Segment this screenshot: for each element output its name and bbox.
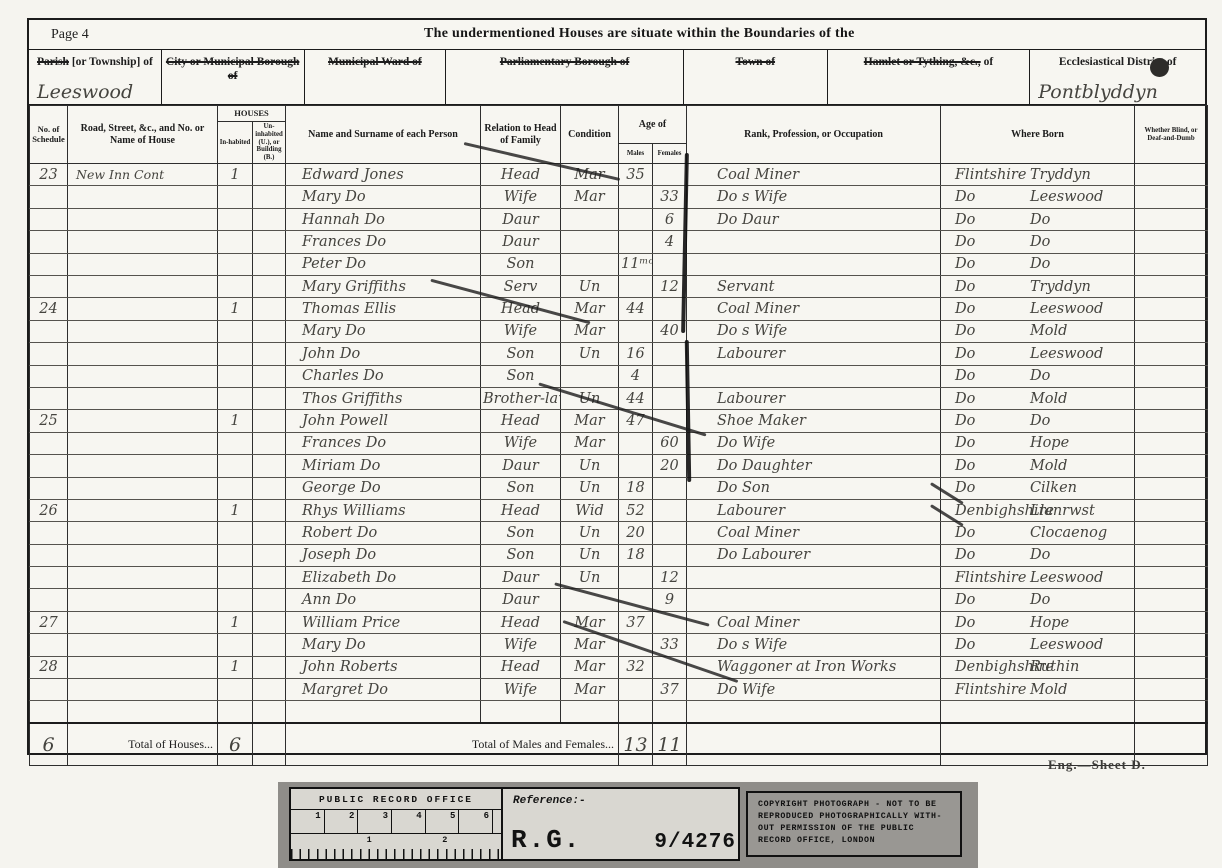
cell-condition [561, 231, 619, 253]
table-row: Frances DoWifeMar60Do WifeDoHope [30, 432, 1208, 454]
cell-age-male: 18 [619, 544, 653, 566]
cell-relation: Son [481, 544, 561, 566]
municipal-ward-box: Municipal Ward of [305, 50, 447, 104]
cell-infirmity [1135, 387, 1208, 409]
cell-age-female: 33 [653, 186, 687, 208]
cell-uninhabited [253, 522, 286, 544]
col-males: Males [619, 144, 653, 164]
cell-age-male: 20 [619, 522, 653, 544]
table-row: Joseph DoSonUn18Do LabourerDoDo [30, 544, 1208, 566]
cell-address [68, 679, 218, 701]
cell-condition [561, 365, 619, 387]
cell-relation: Brother-law [481, 387, 561, 409]
table-row: Elizabeth DoDaurUn12FlintshireLeeswood [30, 567, 1208, 589]
cell-born: DenbighshireLlanrwst [941, 499, 1135, 521]
cell-uninhabited [253, 432, 286, 454]
cell-inhabited [218, 477, 253, 499]
cell-name: Miriam Do [286, 455, 481, 477]
cell-infirmity [1135, 298, 1208, 320]
col-road: Road, Street, &c., and No. or Name of Ho… [68, 106, 218, 164]
cell-infirmity [1135, 679, 1208, 701]
table-row: George DoSonUn18Do SonDoCilken [30, 477, 1208, 499]
cell-condition: Un [561, 544, 619, 566]
cell-uninhabited [253, 634, 286, 656]
cell-schedule [30, 186, 68, 208]
cell-address [68, 231, 218, 253]
cell-address [68, 701, 218, 723]
parish-box: Parish [or Township] of Leeswood [29, 50, 162, 104]
total-males: 13 [619, 723, 653, 765]
cell-age-male [619, 567, 653, 589]
cell-infirmity [1135, 589, 1208, 611]
pro-reference-section: Reference:- R.G. 9/4276 [503, 789, 738, 859]
cell-name: Joseph Do [286, 544, 481, 566]
cell-schedule [30, 343, 68, 365]
cell-uninhabited [253, 477, 286, 499]
cell-infirmity [1135, 455, 1208, 477]
cell-schedule [30, 253, 68, 275]
cell-condition: Mar [561, 656, 619, 678]
cell-relation: Wife [481, 186, 561, 208]
cell-schedule: 26 [30, 499, 68, 521]
cell-occupation: Labourer [687, 343, 941, 365]
cell-condition [561, 208, 619, 230]
cell-age-female [653, 544, 687, 566]
cell-occupation [687, 589, 941, 611]
cell-inhabited [218, 432, 253, 454]
cell-born: DoHope [941, 432, 1135, 454]
cell-relation: Son [481, 477, 561, 499]
cell-inhabited [218, 544, 253, 566]
cell-schedule [30, 589, 68, 611]
cell-age-male [619, 679, 653, 701]
cell-relation: Wife [481, 679, 561, 701]
ecclesiastical-district-label: Ecclesiastical District of [1030, 55, 1205, 69]
total-schedules: 6 [30, 723, 68, 765]
cell-relation: Head [481, 298, 561, 320]
cell-age-female [653, 701, 687, 723]
cell-schedule: 23 [30, 164, 68, 186]
cell-age-female: 60 [653, 432, 687, 454]
cell-relation: Daur [481, 208, 561, 230]
cell-name: Frances Do [286, 231, 481, 253]
table-row: Margret DoWifeMar37Do WifeFlintshireMold [30, 679, 1208, 701]
ecclesiastical-district-value: Pontblyddyn [1038, 81, 1158, 103]
cell-age-female [653, 343, 687, 365]
cell-address [68, 432, 218, 454]
table-row: Hannah DoDaur6Do DaurDoDo [30, 208, 1208, 230]
cell-infirmity [1135, 522, 1208, 544]
cell-age-female [653, 365, 687, 387]
cell-uninhabited [253, 544, 286, 566]
cell-inhabited: 1 [218, 298, 253, 320]
cell-born: DenbighshireRuthin [941, 656, 1135, 678]
cell-relation: Son [481, 253, 561, 275]
cell-uninhabited [253, 499, 286, 521]
cell-address [68, 455, 218, 477]
ink-blot [1150, 58, 1169, 77]
town-label: Town of [684, 55, 827, 69]
cell-address [68, 522, 218, 544]
cell-uninhabited [253, 164, 286, 186]
cell-relation: Head [481, 656, 561, 678]
cell-inhabited [218, 231, 253, 253]
table-row: Mary DoWifeMar40Do s WifeDoMold [30, 320, 1208, 342]
cell-occupation: Do s Wife [687, 320, 941, 342]
banner-row: Page 4 The undermentioned Houses are sit… [29, 20, 1205, 50]
cell-inhabited [218, 276, 253, 298]
table-row: Mary GriffithsServUn12ServantDoTryddyn [30, 276, 1208, 298]
reference-number: R.G. 9/4276 [511, 825, 736, 855]
cell-age-male [619, 455, 653, 477]
cell-born: DoHope [941, 611, 1135, 633]
cell-born: FlintshireTryddyn [941, 164, 1135, 186]
col-inhabited: In-habited [218, 122, 253, 164]
cell-schedule [30, 208, 68, 230]
cell-name: John Roberts [286, 656, 481, 678]
cell-schedule [30, 679, 68, 701]
cell-age-male [619, 276, 653, 298]
cell-occupation: Coal Miner [687, 298, 941, 320]
cell-born: DoLeeswood [941, 298, 1135, 320]
cell-inhabited [218, 522, 253, 544]
table-row: Charles DoSon4DoDo [30, 365, 1208, 387]
cell-occupation [687, 253, 941, 275]
ecclesiastical-district-box: Ecclesiastical District of Pontblyddyn [1030, 50, 1205, 104]
cell-address [68, 253, 218, 275]
cell-age-female [653, 499, 687, 521]
cell-relation [481, 701, 561, 723]
municipal-borough-box: City or Municipal Borough of [162, 50, 305, 104]
cell-schedule [30, 522, 68, 544]
rg-series: R.G. [511, 825, 581, 855]
cell-name: Edward Jones [286, 164, 481, 186]
table-row: John DoSonUn16LabourerDoLeeswood [30, 343, 1208, 365]
cell-inhabited [218, 455, 253, 477]
page-number: Page 4 [51, 27, 89, 43]
cell-name: Mary Do [286, 186, 481, 208]
cell-born: DoDo [941, 365, 1135, 387]
cell-schedule [30, 477, 68, 499]
copyright-notice: COPYRIGHT PHOTOGRAPH - NOT TO BE REPRODU… [746, 791, 962, 857]
cell-age-male: 32 [619, 656, 653, 678]
pro-office-title: PUBLIC RECORD OFFICE [291, 789, 501, 809]
cell-age-male: 35 [619, 164, 653, 186]
pro-office-section: PUBLIC RECORD OFFICE 1 2 3 4 5 6 1 2 [291, 789, 503, 859]
col-uninhabited: Un-inhabited (U.), or Building (B.) [253, 122, 286, 164]
cell-address [68, 656, 218, 678]
cell-uninhabited [253, 253, 286, 275]
cell-schedule [30, 455, 68, 477]
cell-inhabited [218, 634, 253, 656]
cell-inhabited [218, 701, 253, 723]
municipal-borough-label: City or Municipal Borough of [162, 55, 304, 84]
cell-relation: Daur [481, 567, 561, 589]
cell-occupation: Do s Wife [687, 634, 941, 656]
cell-name: Hannah Do [286, 208, 481, 230]
parliamentary-borough-box: Parliamentary Borough of [446, 50, 684, 104]
table-header: No. of Schedule Road, Street, &c., and N… [30, 106, 1208, 164]
cell-name: Charles Do [286, 365, 481, 387]
cell-address [68, 410, 218, 432]
cell-address [68, 343, 218, 365]
col-infirmity: Whether Blind, or Deaf-and-Dumb [1135, 106, 1208, 164]
cell-age-female: 9 [653, 589, 687, 611]
cell-born: DoDo [941, 231, 1135, 253]
cell-address: New Inn Cont [68, 164, 218, 186]
cell-name: George Do [286, 477, 481, 499]
cell-relation: Head [481, 499, 561, 521]
cell-uninhabited [253, 701, 286, 723]
total-houses-value: 6 [218, 723, 253, 765]
cell-schedule [30, 544, 68, 566]
census-sheet-scan: Page 4 The undermentioned Houses are sit… [0, 0, 1222, 868]
table-row: Mary DoWifeMar33Do s WifeDoLeeswood [30, 634, 1208, 656]
cell-relation: Head [481, 611, 561, 633]
cell-name: William Price [286, 611, 481, 633]
cell-infirmity [1135, 231, 1208, 253]
cell-born: DoDo [941, 589, 1135, 611]
cell-inhabited [218, 365, 253, 387]
parliamentary-borough-label: Parliamentary Borough of [446, 55, 683, 69]
cell-schedule: 28 [30, 656, 68, 678]
cell-born: DoDo [941, 544, 1135, 566]
cell-condition: Un [561, 343, 619, 365]
cell-infirmity [1135, 208, 1208, 230]
cell-name: Mary Do [286, 320, 481, 342]
cell-age-male [619, 320, 653, 342]
cell-condition: Mar [561, 410, 619, 432]
cell-address [68, 477, 218, 499]
cell-schedule [30, 701, 68, 723]
table-row [30, 701, 1208, 723]
cell-infirmity [1135, 701, 1208, 723]
ruler-cm-scale: 1 2 3 4 5 6 [291, 809, 501, 833]
cell-age-male: 16 [619, 343, 653, 365]
cell-name: John Do [286, 343, 481, 365]
cell-uninhabited [253, 365, 286, 387]
table-row: 281John RobertsHeadMar32Waggoner at Iron… [30, 656, 1208, 678]
cell-age-female [653, 656, 687, 678]
cell-uninhabited [253, 186, 286, 208]
cell-age-female: 37 [653, 679, 687, 701]
cell-age-female: 20 [653, 455, 687, 477]
cell-infirmity [1135, 499, 1208, 521]
rg-piece-number: 9/4276 [654, 831, 736, 854]
cell-inhabited [218, 679, 253, 701]
cell-schedule [30, 320, 68, 342]
cell-occupation [687, 231, 941, 253]
cell-address [68, 499, 218, 521]
cell-schedule: 25 [30, 410, 68, 432]
cell-uninhabited [253, 320, 286, 342]
cell-schedule: 24 [30, 298, 68, 320]
cell-relation: Head [481, 164, 561, 186]
cell-born: DoClocaenog [941, 522, 1135, 544]
cell-schedule [30, 634, 68, 656]
cell-relation: Wife [481, 634, 561, 656]
cell-infirmity [1135, 365, 1208, 387]
totals-row: 6 Total of Houses... 6 Total of Males an… [30, 723, 1208, 765]
cell-condition: Mar [561, 186, 619, 208]
cell-occupation: Do Wife [687, 432, 941, 454]
cell-relation: Son [481, 343, 561, 365]
cell-address [68, 387, 218, 409]
cell-relation: Son [481, 522, 561, 544]
cell-address [68, 320, 218, 342]
cell-relation: Son [481, 365, 561, 387]
cell-name: Elizabeth Do [286, 567, 481, 589]
cell-age-female [653, 387, 687, 409]
col-rank: Rank, Profession, or Occupation [687, 106, 941, 164]
cell-address [68, 208, 218, 230]
cell-relation: Daur [481, 455, 561, 477]
cell-age-male [619, 231, 653, 253]
cell-name: Thos Griffiths [286, 387, 481, 409]
col-schedule: No. of Schedule [30, 106, 68, 164]
table-row: 271William PriceHeadMar37Coal MinerDoHop… [30, 611, 1208, 633]
cell-schedule [30, 567, 68, 589]
cell-occupation: Do Son [687, 477, 941, 499]
total-males-females-label: Total of Males and Females... [286, 723, 619, 765]
cell-occupation: Do Daur [687, 208, 941, 230]
cell-relation: Daur [481, 231, 561, 253]
cell-infirmity [1135, 656, 1208, 678]
cell-condition [561, 253, 619, 275]
cell-schedule [30, 387, 68, 409]
parish-label: Parish [or Township] of [29, 55, 161, 69]
cell-infirmity [1135, 634, 1208, 656]
cell-name: Robert Do [286, 522, 481, 544]
cell-address [68, 186, 218, 208]
cell-uninhabited [253, 567, 286, 589]
cell-inhabited: 1 [218, 164, 253, 186]
col-name: Name and Surname of each Person [286, 106, 481, 164]
cell-inhabited [218, 253, 253, 275]
cell-occupation: Coal Miner [687, 522, 941, 544]
table-row: Frances DoDaur4DoDo [30, 231, 1208, 253]
census-table: No. of Schedule Road, Street, &c., and N… [29, 105, 1208, 766]
col-age: Age of [619, 106, 687, 144]
cell-infirmity [1135, 432, 1208, 454]
cell-born: DoDo [941, 208, 1135, 230]
cell-name: John Powell [286, 410, 481, 432]
pro-stamp-strip: PUBLIC RECORD OFFICE 1 2 3 4 5 6 1 2 Ref… [278, 782, 978, 868]
cell-relation: Head [481, 410, 561, 432]
cell-uninhabited [253, 231, 286, 253]
cell-age-male [619, 701, 653, 723]
cell-age-male [619, 432, 653, 454]
cell-address [68, 634, 218, 656]
pro-stamp-box: PUBLIC RECORD OFFICE 1 2 3 4 5 6 1 2 Ref… [289, 787, 740, 861]
cell-uninhabited [253, 298, 286, 320]
cell-inhabited: 1 [218, 499, 253, 521]
table-row: 261Rhys WilliamsHeadWid52LabourerDenbigh… [30, 499, 1208, 521]
cell-relation: Wife [481, 320, 561, 342]
cell-born: DoMold [941, 387, 1135, 409]
cell-relation: Daur [481, 589, 561, 611]
cell-age-male: 37 [619, 611, 653, 633]
ruler-inch-scale: 1 2 [291, 833, 501, 859]
cell-born: DoMold [941, 455, 1135, 477]
cell-schedule [30, 365, 68, 387]
cell-uninhabited [253, 276, 286, 298]
cell-name: Frances Do [286, 432, 481, 454]
cell-occupation: Do s Wife [687, 186, 941, 208]
cell-age-female: 12 [653, 567, 687, 589]
cell-age-male: 44 [619, 298, 653, 320]
total-females: 11 [653, 723, 687, 765]
cell-age-female: 4 [653, 231, 687, 253]
cell-schedule [30, 231, 68, 253]
cell-condition: Mar [561, 679, 619, 701]
cell-name: Peter Do [286, 253, 481, 275]
cell-born: FlintshireMold [941, 679, 1135, 701]
cell-occupation: Coal Miner [687, 611, 941, 633]
cell-occupation [687, 567, 941, 589]
col-houses: HOUSES [218, 106, 286, 122]
cell-age-male: 11ᵐᵒ [619, 253, 653, 275]
cell-name: Margret Do [286, 679, 481, 701]
cell-address [68, 544, 218, 566]
table-row: 241Thomas EllisHeadMar44Coal MinerDoLees… [30, 298, 1208, 320]
cell-age-female: 6 [653, 208, 687, 230]
cell-born: FlintshireLeeswood [941, 567, 1135, 589]
cell-infirmity [1135, 477, 1208, 499]
cell-uninhabited [253, 656, 286, 678]
cell-occupation: Labourer [687, 499, 941, 521]
cell-age-male: 44 [619, 387, 653, 409]
cell-relation: Wife [481, 432, 561, 454]
cell-uninhabited [253, 343, 286, 365]
cell-address [68, 276, 218, 298]
cell-condition [561, 701, 619, 723]
hamlet-box: Hamlet or Tything, &c., of [828, 50, 1031, 104]
cell-inhabited [218, 208, 253, 230]
cell-infirmity [1135, 611, 1208, 633]
col-born: Where Born [941, 106, 1135, 164]
cell-age-female [653, 164, 687, 186]
cell-uninhabited [253, 679, 286, 701]
cell-infirmity [1135, 164, 1208, 186]
cell-occupation: Labourer [687, 387, 941, 409]
cell-uninhabited [253, 387, 286, 409]
cell-condition: Un [561, 455, 619, 477]
cell-born: DoCilken [941, 477, 1135, 499]
cell-occupation [687, 365, 941, 387]
cell-age-male: 18 [619, 477, 653, 499]
cell-schedule [30, 276, 68, 298]
cell-uninhabited [253, 455, 286, 477]
cell-inhabited [218, 567, 253, 589]
cell-occupation: Do Labourer [687, 544, 941, 566]
location-header-row: Parish [or Township] of Leeswood City or… [29, 50, 1205, 105]
col-condition: Condition [561, 106, 619, 164]
total-houses-label: Total of Houses... [68, 723, 218, 765]
cell-born: DoLeeswood [941, 343, 1135, 365]
cell-address [68, 589, 218, 611]
cell-schedule [30, 432, 68, 454]
cell-born: DoTryddyn [941, 276, 1135, 298]
cell-infirmity [1135, 276, 1208, 298]
cell-condition: Wid [561, 499, 619, 521]
cell-infirmity [1135, 320, 1208, 342]
cell-inhabited [218, 320, 253, 342]
cell-inhabited [218, 343, 253, 365]
cell-schedule: 27 [30, 611, 68, 633]
cell-address [68, 298, 218, 320]
cell-infirmity [1135, 343, 1208, 365]
